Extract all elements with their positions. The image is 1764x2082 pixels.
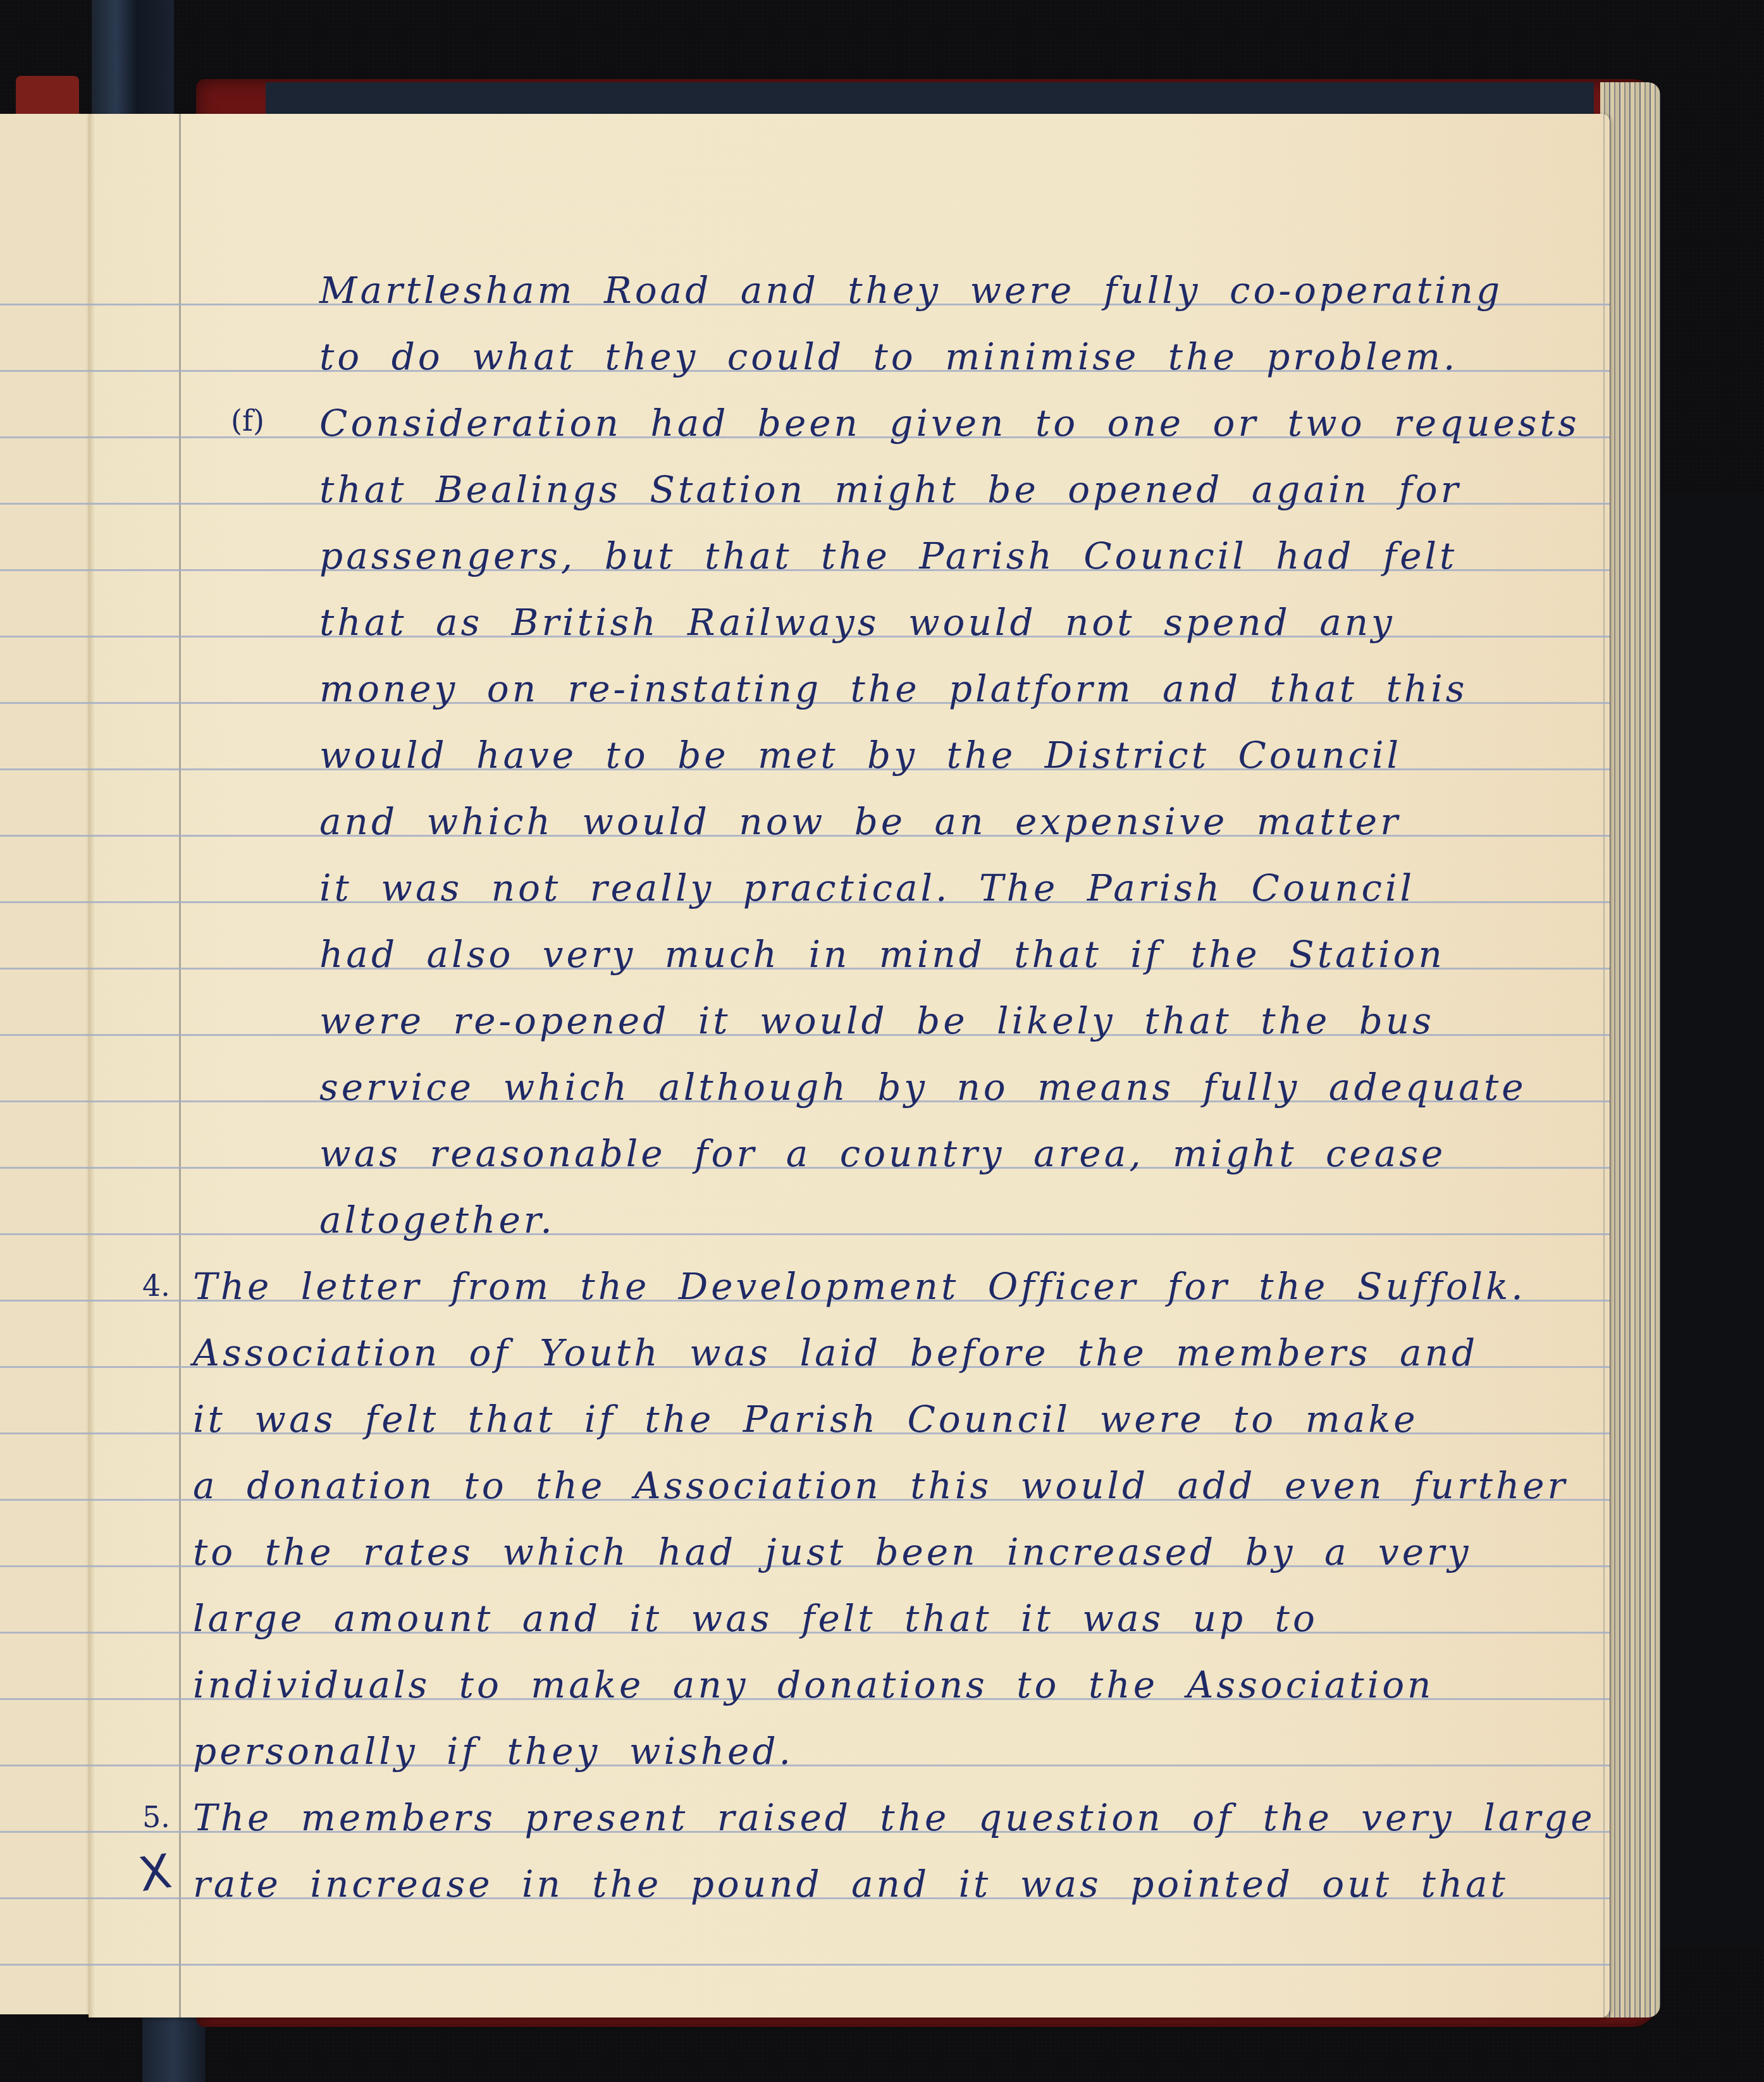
facing-page-left [0, 114, 90, 2014]
book-spine-right [1660, 493, 1764, 1948]
handwritten-line: that Bealings Station might be opened ag… [319, 471, 1462, 508]
page-gutter [89, 114, 95, 2017]
handwritten-line: to do what they could to minimise the pr… [319, 338, 1458, 375]
ruled-line [0, 1964, 1610, 1966]
handwritten-line: individuals to make any donations to the… [193, 1666, 1434, 1703]
left-margin-line [179, 114, 181, 2017]
margin-cross-mark: X [136, 1848, 175, 1899]
handwritten-line: it was felt that if the Parish Council w… [193, 1401, 1419, 1438]
right-margin-line [1603, 114, 1605, 2017]
handwritten-line: money on re-instating the platform and t… [319, 670, 1467, 707]
handwritten-line: The members present raised the question … [193, 1799, 1596, 1836]
handwritten-line: personally if they wished. [193, 1733, 794, 1770]
handwritten-line: to the rates which had just been increas… [193, 1534, 1472, 1570]
bookmark-ribbon-top [92, 0, 174, 117]
ruled-line [0, 1233, 1610, 1235]
handwritten-line: Martlesham Road and they were fully co-o… [319, 272, 1503, 309]
handwritten-line: large amount and it was felt that it was… [193, 1600, 1318, 1637]
item-number-4: 4. [142, 1271, 170, 1300]
handwritten-line: Consideration had been given to one or t… [319, 405, 1580, 441]
handwritten-line: and which would now be an expensive matt… [319, 803, 1401, 840]
handwritten-line: service which although by no means fully… [319, 1069, 1527, 1106]
item-number-5: 5. [142, 1802, 170, 1832]
handwritten-line: had also very much in mind that if the S… [319, 936, 1445, 973]
handwritten-line: was reasonable for a country area, might… [319, 1135, 1446, 1172]
bookmark-ribbon-bottom [142, 2011, 206, 2082]
handwritten-line: The letter from the Development Officer … [193, 1268, 1526, 1305]
handwritten-line: would have to be met by the District Cou… [319, 737, 1402, 773]
cloth-binding-strip [266, 82, 1594, 114]
handwritten-line: rate increase in the pound and it was po… [193, 1866, 1508, 1902]
handwritten-line: it was not really practical. The Parish … [319, 870, 1415, 906]
handwritten-line: were re-opened it would be likely that t… [319, 1002, 1434, 1039]
handwritten-line: that as British Railways would not spend… [319, 604, 1395, 641]
item-marker: (f) [231, 406, 264, 435]
handwritten-line: a donation to the Association this would… [193, 1467, 1568, 1504]
handwritten-line: Association of Youth was laid before the… [193, 1334, 1478, 1371]
handwritten-line: altogether. [319, 1202, 555, 1238]
notebook-page: Martlesham Road and they were fully co-o… [89, 114, 1610, 2017]
handwritten-line: passengers, but that the Parish Council … [319, 538, 1457, 574]
